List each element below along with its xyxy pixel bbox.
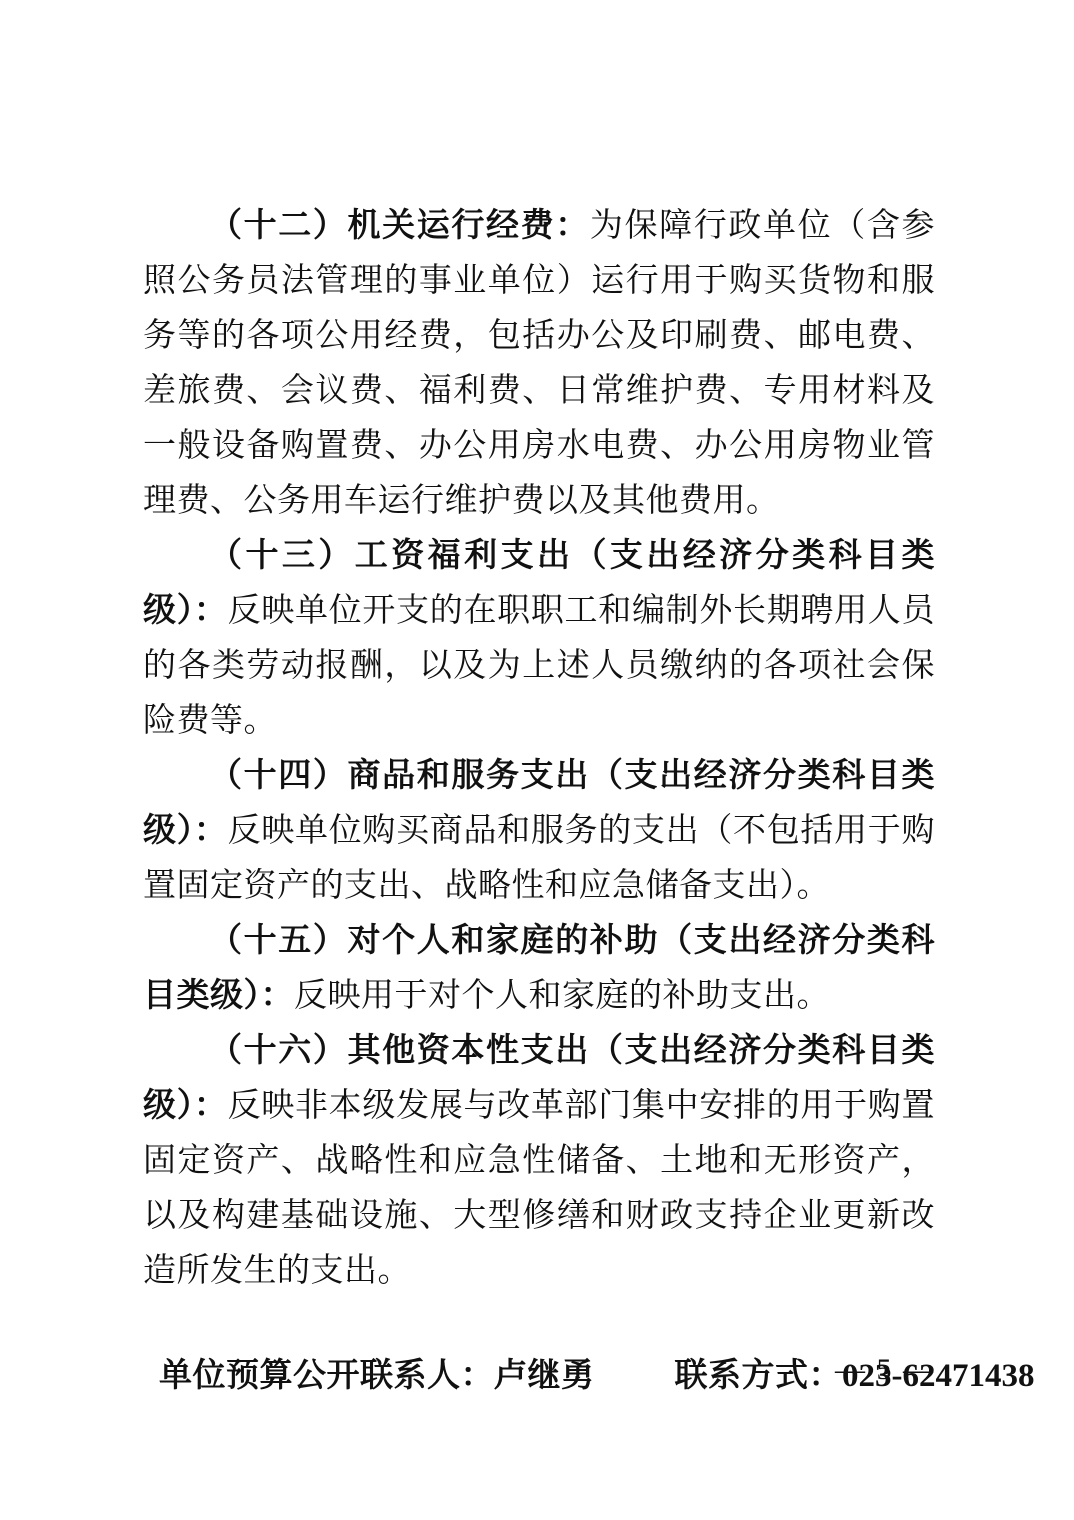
paragraph-text: 反映用于对个人和家庭的补助支出。: [294, 978, 830, 1014]
paragraph-lead: （十二）机关运行经费：: [209, 208, 590, 244]
paragraph-item-12: （十二）机关运行经费：为保障行政单位（含参照公务员法管理的事业单位）运行用于购买…: [143, 199, 935, 529]
paragraph-item-16: （十六）其他资本性支出（支出经济分类科目类级）：反映非本级发展与改革部门集中安排…: [143, 1024, 935, 1299]
contact-method-label: 联系方式：: [675, 1358, 843, 1394]
paragraph-text: 反映单位开支的在职职工和编制外长期聘用人员的各类劳动报酬，以及为上述人员缴纳的各…: [143, 593, 935, 739]
page-number: — 5 —: [835, 1352, 935, 1388]
paragraph-text: 反映非本级发展与改革部门集中安排的用于购置固定资产、战略性和应急性储备、土地和无…: [143, 1088, 935, 1289]
paragraph-text: 为保障行政单位（含参照公务员法管理的事业单位）运行用于购买货物和服务等的各项公用…: [143, 208, 935, 519]
contact-person-name: 卢继勇: [494, 1358, 595, 1394]
paragraph-text: 反映单位购买商品和服务的支出（不包括用于购置固定资产的支出、战略性和应急储备支出…: [143, 813, 935, 904]
document-body: （十二）机关运行经费：为保障行政单位（含参照公务员法管理的事业单位）运行用于购买…: [143, 199, 935, 1404]
paragraph-item-15: （十五）对个人和家庭的补助（支出经济分类科目类级）：反映用于对个人和家庭的补助支…: [143, 914, 935, 1024]
contact-person-label: 单位预算公开联系人：: [159, 1358, 494, 1394]
paragraph-item-13: （十三）工资福利支出（支出经济分类科目类级）：反映单位开支的在职职工和编制外长期…: [143, 529, 935, 749]
paragraph-item-14: （十四）商品和服务支出（支出经济分类科目类级）：反映单位购买商品和服务的支出（不…: [143, 749, 935, 914]
document-page: （十二）机关运行经费：为保障行政单位（含参照公务员法管理的事业单位）运行用于购买…: [0, 0, 1074, 1520]
contact-row: 单位预算公开联系人：卢继勇联系方式：023-62471438: [159, 1349, 935, 1404]
